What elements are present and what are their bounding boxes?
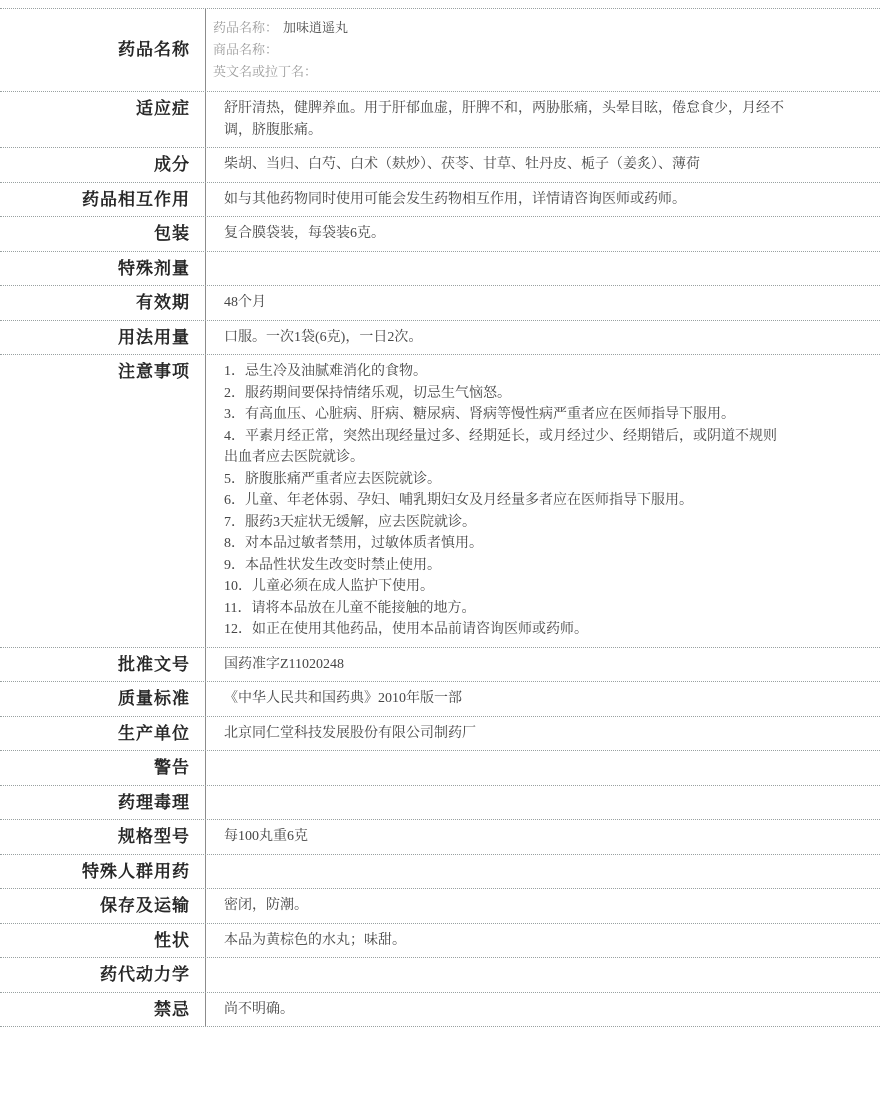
row-value: 舒肝清热，健脾养血。用于肝郁血虚，肝脾不和，两胁胀痛，头晕目眩，倦怠食少，月经不… [205,92,880,147]
table-row: 药代动力学 [0,958,880,993]
table-rows: 适应症舒肝清热，健脾养血。用于肝郁血虚，肝脾不和，两胁胀痛，头晕目眩，倦怠食少，… [0,92,880,1027]
table-row: 规格型号每100丸重6克 [0,820,880,855]
note-line: 8．对本品过敏者禁用，过敏体质者慎用。 [224,533,786,555]
table-row: 注意事项1．忌生冷及油腻难消化的食物。2．服药期间要保持情绪乐观，切忌生气恼怒。… [0,355,880,648]
row-value: 北京同仁堂科技发展股份有限公司制药厂 [205,717,880,751]
note-line: 7．服药3天症状无缓解，应去医院就诊。 [224,512,786,534]
row-value: 如与其他药物同时使用可能会发生药物相互作用，详情请咨询医师或药师。 [205,183,880,217]
table-row: 有效期48个月 [0,286,880,321]
row-label: 特殊剂量 [0,252,205,286]
table-row: 警告 [0,751,880,786]
drug-name-line: 药品名称：加味逍遥丸 [213,17,840,39]
table-row: 性状本品为黄棕色的水丸；味甜。 [0,924,880,959]
table-row: 禁忌尚不明确。 [0,993,880,1028]
row-value [205,786,880,820]
table-row: 药品相互作用如与其他药物同时使用可能会发生药物相互作用，详情请咨询医师或药师。 [0,183,880,218]
table-row: 特殊人群用药 [0,855,880,890]
row-label: 注意事项 [0,355,205,647]
table-row: 药理毒理 [0,786,880,821]
row-label: 用法用量 [0,321,205,355]
drug-info-page: 药品名称 药品名称：加味逍遥丸 商品名称： 英文名或拉丁名： 适应症舒肝清热，健… [0,0,880,1100]
row-label: 药品相互作用 [0,183,205,217]
row-value: 密闭，防潮。 [205,889,880,923]
drug-info-table: 药品名称 药品名称：加味逍遥丸 商品名称： 英文名或拉丁名： 适应症舒肝清热，健… [0,8,880,1027]
note-line: 10．儿童必须在成人监护下使用。 [224,576,786,598]
row-label: 包装 [0,217,205,251]
row-value: 复合膜袋装，每袋装6克。 [205,217,880,251]
field-value: 加味逍遥丸 [283,20,348,35]
table-row: 成分柴胡、当归、白芍、白术（麸炒）、茯苓、甘草、牡丹皮、栀子（姜炙）、薄荷 [0,148,880,183]
row-label: 生产单位 [0,717,205,751]
table-row: 用法用量口服。一次1袋(6克)，一日2次。 [0,321,880,356]
row-value: 《中华人民共和国药典》2010年版一部 [205,682,880,716]
row-label: 质量标准 [0,682,205,716]
row-value: 1．忌生冷及油腻难消化的食物。2．服药期间要保持情绪乐观，切忌生气恼怒。3．有高… [205,355,880,647]
table-row: 特殊剂量 [0,252,880,287]
row-value: 本品为黄棕色的水丸；味甜。 [205,924,880,958]
table-row: 生产单位北京同仁堂科技发展股份有限公司制药厂 [0,717,880,752]
row-value [205,958,880,992]
table-row: 适应症舒肝清热，健脾养血。用于肝郁血虚，肝脾不和，两胁胀痛，头晕目眩，倦怠食少，… [0,92,880,148]
row-label: 保存及运输 [0,889,205,923]
note-line: 2．服药期间要保持情绪乐观，切忌生气恼怒。 [224,383,786,405]
row-value: 口服。一次1袋(6克)，一日2次。 [205,321,880,355]
row-label: 适应症 [0,92,205,147]
row-label: 药品名称 [0,39,205,61]
row-value: 每100丸重6克 [205,820,880,854]
note-line: 4．平素月经正常，突然出现经量过多、经期延长，或月经过少、经期错后，或阴道不规则… [224,426,786,469]
table-row: 批准文号国药准字Z11020248 [0,648,880,683]
row-label: 禁忌 [0,993,205,1027]
row-label: 有效期 [0,286,205,320]
row-value [205,751,880,785]
row-label: 警告 [0,751,205,785]
row-value: 国药准字Z11020248 [205,648,880,682]
table-row: 质量标准《中华人民共和国药典》2010年版一部 [0,682,880,717]
trade-name-line: 商品名称： [213,39,840,61]
note-line: 6．儿童、年老体弱、孕妇、哺乳期妇女及月经量多者应在医师指导下服用。 [224,490,786,512]
table-row-drug-name: 药品名称 药品名称：加味逍遥丸 商品名称： 英文名或拉丁名： [0,9,880,92]
row-value [205,855,880,889]
row-label: 特殊人群用药 [0,855,205,889]
note-line: 12．如正在使用其他药品，使用本品前请咨询医师或药师。 [224,619,786,641]
table-row: 保存及运输密闭，防潮。 [0,889,880,924]
note-line: 5．脐腹胀痛严重者应去医院就诊。 [224,469,786,491]
row-value: 柴胡、当归、白芍、白术（麸炒）、茯苓、甘草、牡丹皮、栀子（姜炙）、薄荷 [205,148,880,182]
english-name-line: 英文名或拉丁名： [213,61,840,83]
row-label: 批准文号 [0,648,205,682]
row-label: 规格型号 [0,820,205,854]
note-line: 11．请将本品放在儿童不能接触的地方。 [224,598,786,620]
row-value: 48个月 [205,286,880,320]
row-label: 性状 [0,924,205,958]
row-value [205,252,880,286]
table-row: 包装复合膜袋装，每袋装6克。 [0,217,880,252]
note-line: 3．有高血压、心脏病、肝病、糖尿病、肾病等慢性病严重者应在医师指导下服用。 [224,404,786,426]
row-value: 尚不明确。 [205,993,880,1027]
field-key: 英文名或拉丁名： [213,64,317,79]
field-key: 商品名称： [213,42,278,57]
note-line: 9．本品性状发生改变时禁止使用。 [224,555,786,577]
row-value: 药品名称：加味逍遥丸 商品名称： 英文名或拉丁名： [205,9,880,91]
row-label: 成分 [0,148,205,182]
note-line: 1．忌生冷及油腻难消化的食物。 [224,361,786,383]
row-label: 药理毒理 [0,786,205,820]
field-key: 药品名称： [213,20,278,35]
row-label: 药代动力学 [0,958,205,992]
